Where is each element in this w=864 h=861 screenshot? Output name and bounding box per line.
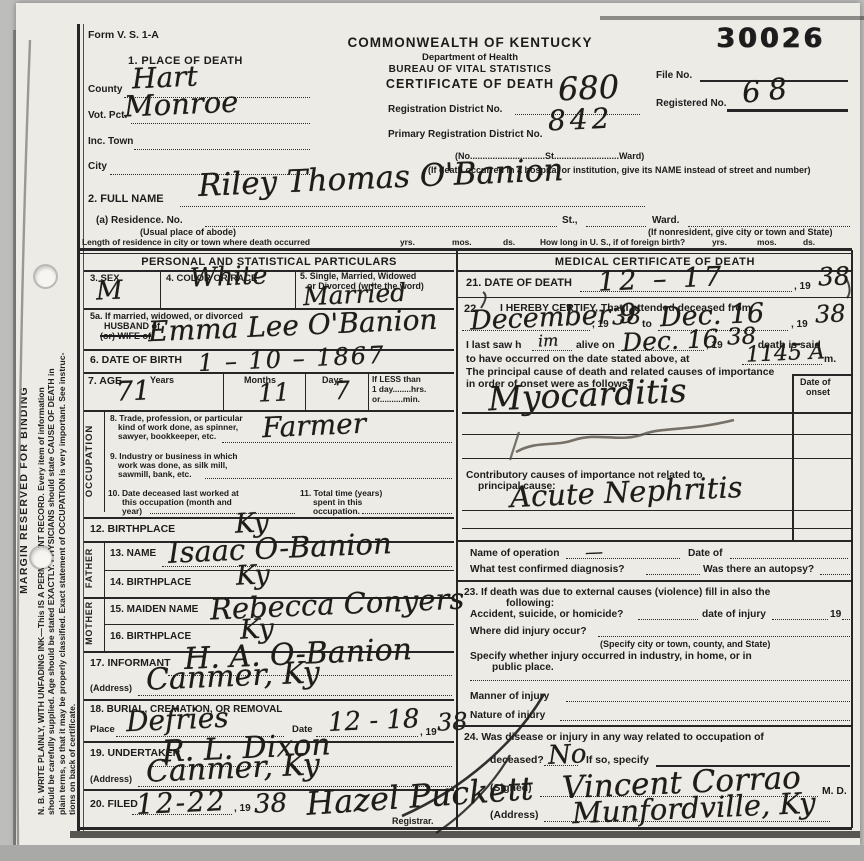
column-divider — [456, 250, 458, 828]
yrs-label-1: yrs. — [400, 238, 415, 247]
filed-label: 20. FILED — [90, 799, 138, 811]
burial-year-printed: , 19 — [420, 727, 437, 738]
ds-label-1: ds. — [503, 238, 515, 247]
margin-binding-note: MARGIN RESERVED FOR BINDING — [18, 280, 34, 700]
death-certificate-scan: MARGIN RESERVED FOR BINDING N. B. WRITE … — [0, 0, 864, 861]
accident-label: Accident, suicide, or homicide? — [470, 609, 623, 620]
lastsaw-mid: alive on — [576, 340, 615, 351]
registered-no-value: 68 — [741, 73, 797, 107]
where-injury-label: Where did injury occur? — [470, 626, 587, 637]
vot-pct-label: Vot. Pct. — [88, 110, 127, 121]
years-label: Years — [150, 376, 174, 386]
registration-district-label: Registration District No. — [388, 104, 502, 115]
from-year-printed: , 19 — [592, 319, 609, 330]
less-than-line2: or..........min. — [372, 395, 420, 404]
age-months-value: 11 — [257, 379, 290, 405]
time-m-label: m. — [824, 354, 836, 365]
scan-edge-bottom2 — [0, 845, 864, 861]
paper-left-edge — [13, 30, 16, 845]
hole-punch-top — [35, 266, 56, 287]
from-year-value: 38 — [612, 305, 642, 329]
registered-no-label: Registered No. — [656, 98, 727, 109]
hole-punch-bottom — [31, 547, 52, 568]
occ8-label-3: sawyer, bookkeeper, etc. — [118, 432, 216, 441]
filed-year-printed: , 19 — [234, 803, 251, 814]
informant-addr-value: Canmer, Ky — [145, 658, 320, 696]
father-bp-value: Ky — [235, 561, 270, 589]
margin-nb-line3: plain terms, so that it may be properly … — [57, 225, 67, 815]
mos-label-2: mos. — [757, 238, 777, 247]
age-days-value: 7 — [333, 378, 350, 404]
father-name-label: 13. NAME — [110, 548, 156, 559]
residence-ward-label: Ward. — [652, 215, 679, 226]
dod-year-value: 38 — [817, 263, 850, 289]
deceased-label: deceased? — [490, 755, 544, 766]
date-of-death-label: 21. DATE OF DEATH — [466, 277, 572, 289]
race-value: White — [189, 262, 268, 291]
onset-label-2: onset — [806, 388, 830, 398]
to-year-value: 38 — [814, 301, 846, 326]
residence-label: (a) Residence. No. — [96, 215, 183, 226]
dod-year-printed: , 19 — [794, 281, 811, 292]
injury-date-label: date of injury — [702, 609, 766, 620]
dob-label: 6. DATE OF BIRTH — [90, 355, 182, 367]
age-years-value: 71 — [115, 377, 151, 405]
signed-label: (Signed) — [490, 783, 532, 794]
mos-label-1: mos. — [452, 238, 472, 247]
onset-box-left-border — [792, 374, 794, 540]
time-value: 1145 A — [746, 341, 826, 366]
inc-town-label: Inc. Town — [88, 136, 133, 147]
scan-edge-top — [600, 16, 864, 20]
vot-pct-value: Monroe — [123, 88, 238, 122]
burial-year-value: 38 — [436, 709, 468, 734]
item-23-line2: following: — [506, 598, 554, 609]
lastsaw-hand: im — [538, 333, 559, 350]
scan-edge-bottom — [70, 831, 860, 838]
commonwealth-title: COMMONWEALTH OF KENTUCKY — [320, 36, 620, 51]
registrar-label: Registrar. — [392, 817, 434, 827]
date-of-death-value: 12 – 17 — [597, 263, 725, 296]
physician-addr-label: (Address) — [490, 810, 539, 821]
occ9-label-3: sawmill, bank, etc. — [118, 470, 192, 479]
form-left-border — [77, 24, 80, 831]
occupation-vertical-label: OCCUPATION — [84, 413, 102, 509]
mother-vertical-label: MOTHER — [84, 597, 102, 649]
operation-label: Name of operation — [470, 548, 559, 559]
form-bottom-border — [78, 827, 852, 830]
sex-value: M — [95, 277, 123, 304]
department-line: Department of Health — [320, 53, 620, 63]
specify-whether-2: public place. — [492, 662, 554, 673]
registration-district-value: 680 — [557, 71, 619, 106]
full-name-label: 2. FULL NAME — [88, 193, 164, 205]
test-label: What test confirmed diagnosis? — [470, 564, 625, 575]
header-divider-2 — [78, 253, 852, 254]
less-than-label: If LESS than — [372, 375, 421, 384]
autopsy-label: Was there an autopsy? — [703, 564, 814, 575]
md-label: M. D. — [822, 786, 847, 797]
stamp-number: 30026 — [716, 24, 825, 54]
burial-place-value: Defries — [125, 704, 229, 736]
undertaker-addr-label: (Address) — [90, 775, 132, 785]
item-23-line1: 23. If death was due to external causes … — [464, 587, 770, 598]
residence-st-label: St., — [562, 215, 578, 226]
occupation-value: Farmer — [261, 410, 366, 443]
margin-nb-line1: N. B. WRITE PLAINLY, WITH UNFADING INK—T… — [36, 225, 46, 815]
file-no-label: File No. — [656, 70, 692, 81]
nature-injury-label: Nature of injury — [470, 710, 545, 721]
to-year-printed: , 19 — [791, 319, 808, 330]
father-vertical-label: FATHER — [84, 541, 102, 595]
undertaker-addr-value: Canmer, Ky — [145, 750, 320, 788]
cause-of-death-value: Myocarditis — [487, 374, 687, 416]
yrs-label-2: yrs. — [712, 238, 727, 247]
city-label: City — [88, 161, 107, 172]
injury-19-label: 19 — [830, 609, 841, 620]
ds-label-2: ds. — [803, 238, 815, 247]
how-long-label: How long in U. S., if of foreign birth? — [540, 238, 685, 247]
filed-year-value: 38 — [253, 790, 287, 817]
primary-district-value: 842 — [547, 105, 614, 136]
form-number: Form V. S. 1-A — [88, 30, 159, 42]
lastsaw-pre: I last saw h — [466, 340, 521, 351]
occ11-label-3: occupation. — [313, 507, 360, 516]
specify-whether-1: Specify whether injury occurred in indus… — [470, 651, 752, 662]
form-right-border — [851, 250, 853, 828]
ifso-label: If so, specify — [586, 755, 649, 766]
father-bp-label: 14. BIRTHPLACE — [110, 577, 191, 588]
birthplace-label: 12. BIRTHPLACE — [90, 524, 175, 536]
county-label: County — [88, 84, 122, 95]
personal-title: PERSONAL AND STATISTICAL PARTICULARS — [84, 256, 454, 268]
margin-nb-line2: should be carefully supplied. Age should… — [46, 225, 56, 815]
informant-addr-label: (Address) — [90, 684, 132, 694]
length-residence-label: Length of residence in city or town wher… — [82, 238, 310, 247]
lastsaw-year-printed: , 19 — [706, 340, 723, 351]
specify-city-hint: (Specify city or town, county, and State… — [600, 640, 770, 650]
occurred-text: to have occurred on the date stated abov… — [466, 354, 689, 365]
mother-name-label: 15. MAIDEN NAME — [110, 604, 198, 615]
item-24-line1: 24. Was disease or injury in any way rel… — [464, 732, 764, 743]
spouse-label-3: (or) WIFE of — [100, 332, 151, 342]
mother-bp-label: 16. BIRTHPLACE — [110, 631, 191, 642]
burial-date-value: 12 - 18 — [327, 706, 420, 736]
operation-date-label: Date of — [688, 548, 723, 559]
occ10-label-3: year) — [122, 507, 142, 516]
burial-place-label: Place — [90, 725, 115, 735]
related-occupation-value: No — [547, 741, 587, 769]
primary-district-label: Primary Registration District No. — [388, 129, 542, 140]
operation-value: — — [585, 544, 604, 563]
filed-date-value: 12-22 — [135, 787, 227, 819]
less-than-line1: 1 day........hrs. — [372, 385, 426, 394]
manner-injury-label: Manner of injury — [470, 691, 549, 702]
header-divider — [78, 248, 852, 251]
